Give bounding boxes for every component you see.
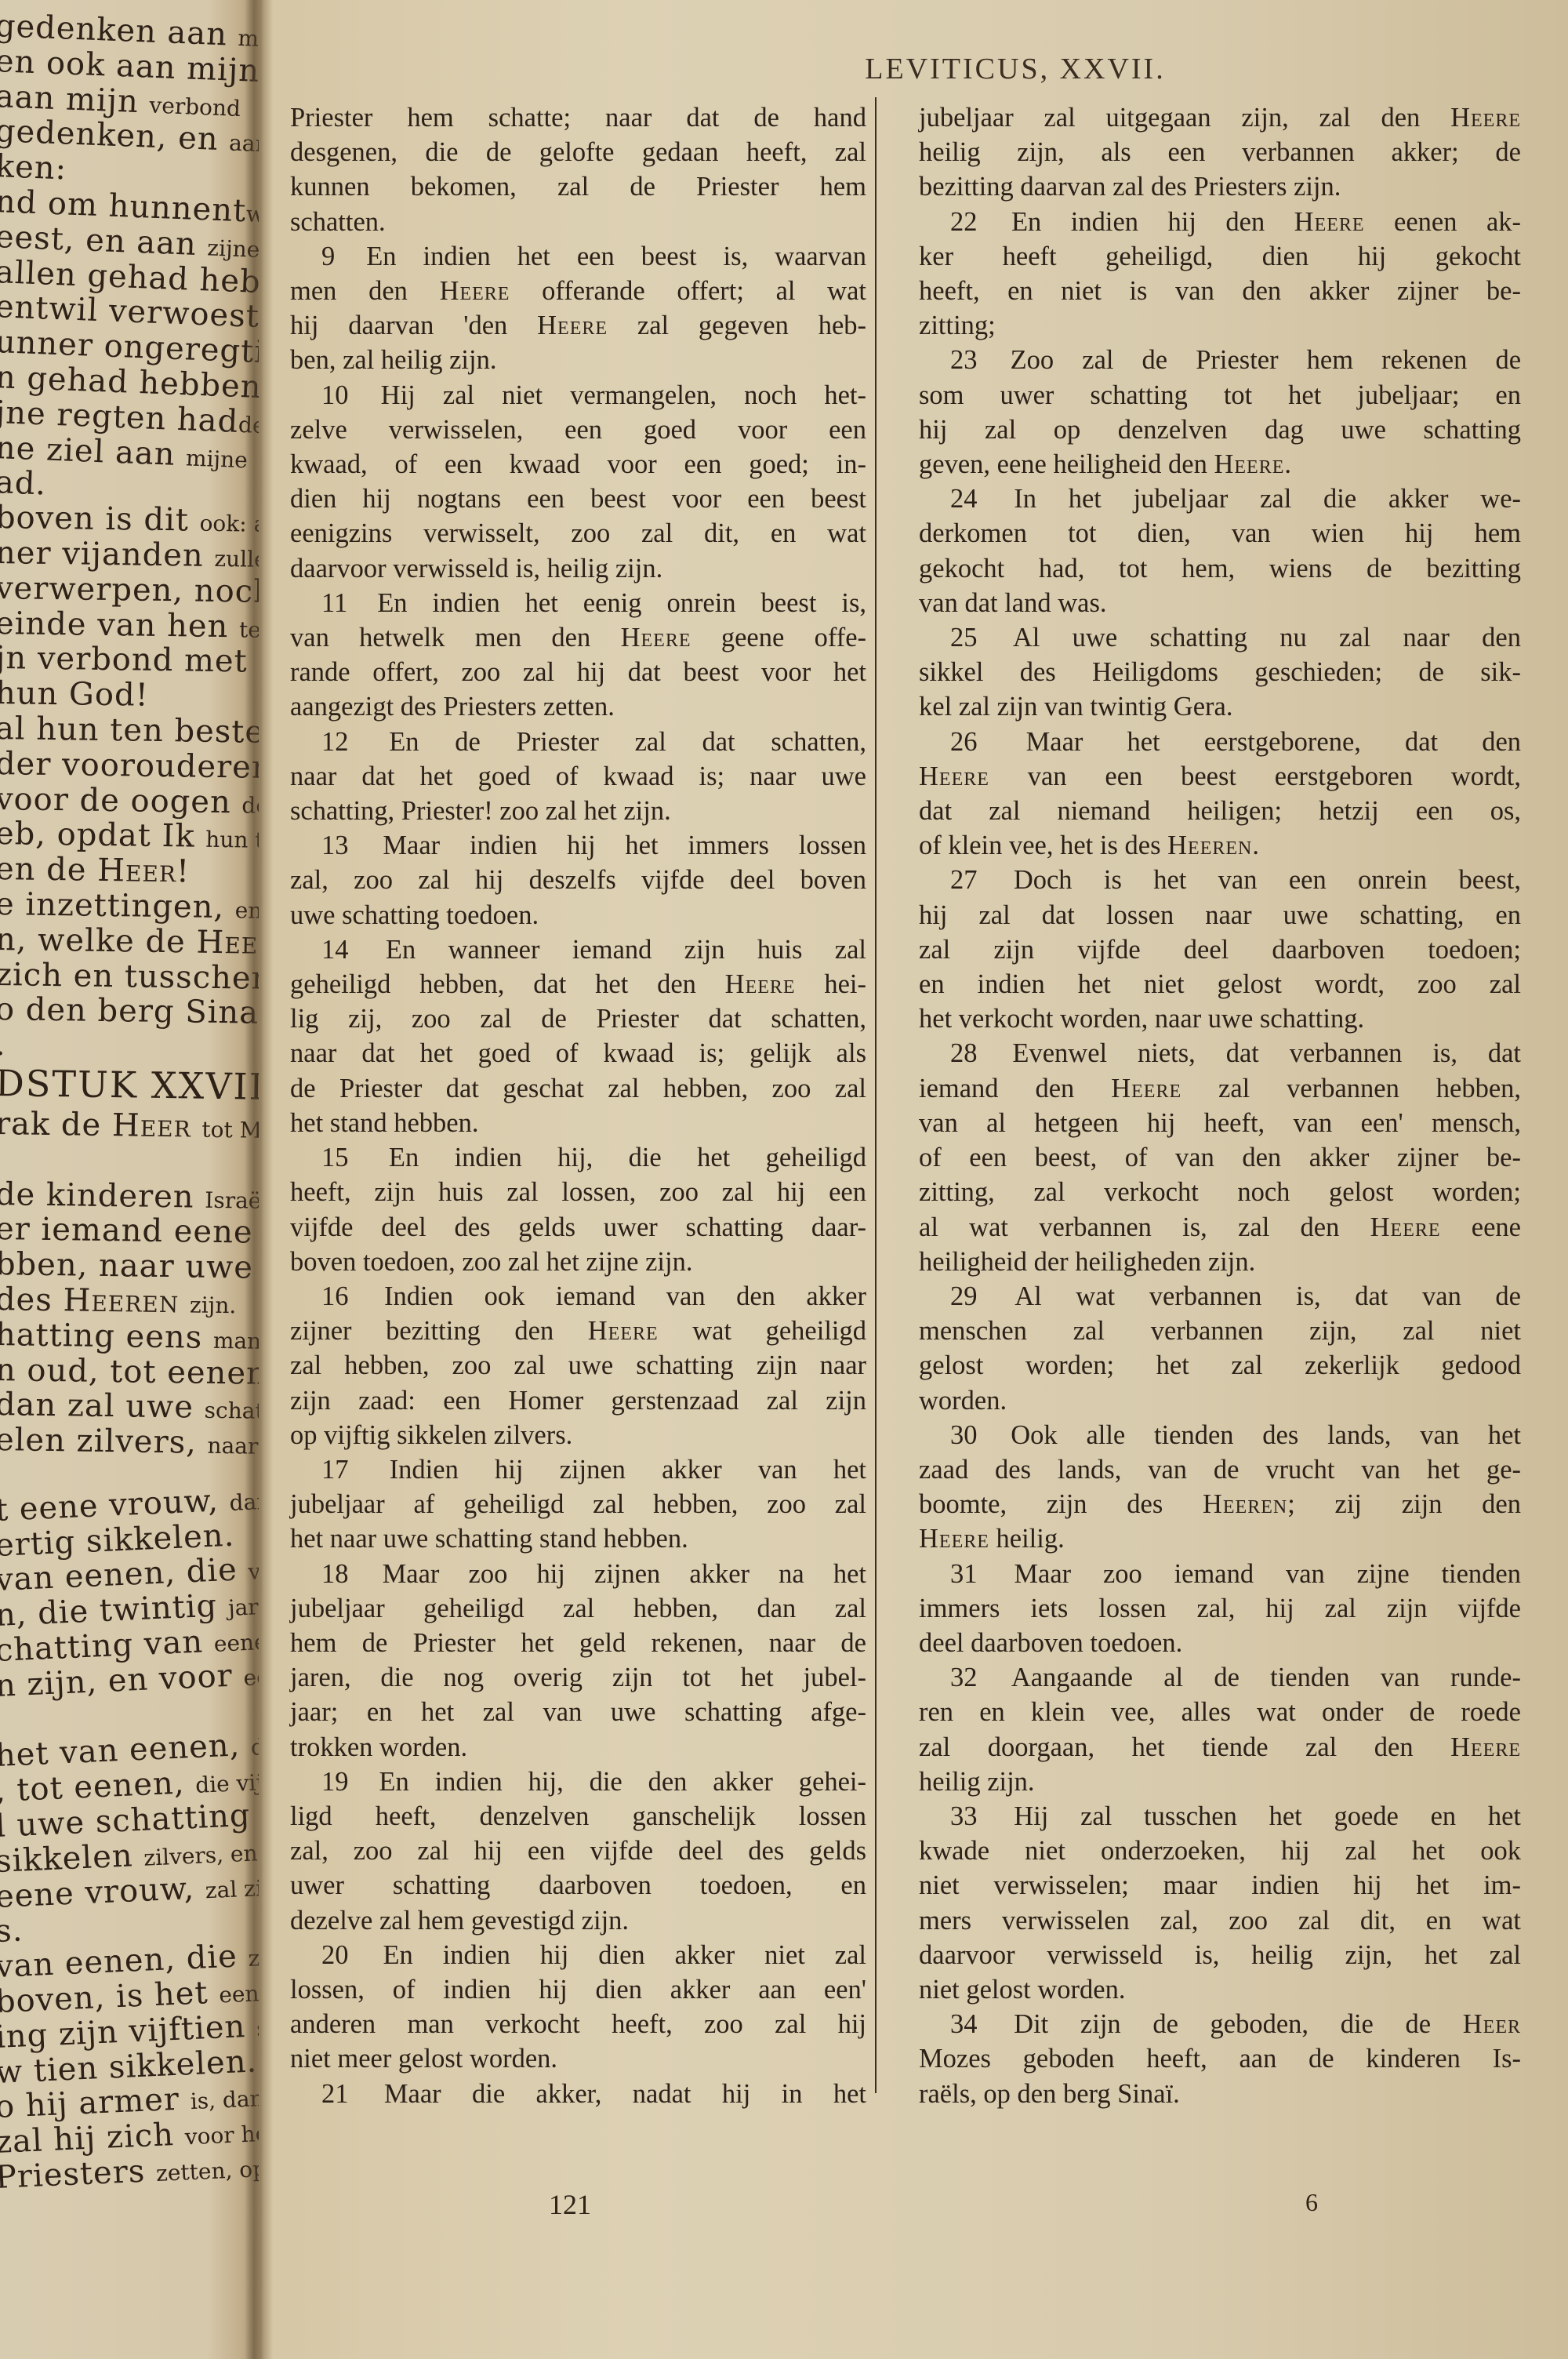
divine-name-smallcaps: Heeren bbox=[1167, 831, 1252, 860]
text-line: 22 En indien hij den Heere eenen ak- bbox=[887, 205, 1521, 239]
text-line: trokken worden. bbox=[259, 1730, 866, 1765]
text-line: 21 Maar die akker, nadat hij in het bbox=[259, 2077, 866, 2111]
book-spread: gedenken aan mijnen ook aan mijn ver aan… bbox=[0, 0, 1568, 2359]
verse-29: 29 Al wat verbannen is, dat van demensch… bbox=[887, 1279, 1521, 1418]
verse-10: 10 Hij zal niet vermangelen, noch het-ze… bbox=[259, 378, 866, 586]
verse-number: 31 bbox=[950, 1559, 978, 1589]
text-line: bezitting daarvan zal des Priesters zijn… bbox=[887, 169, 1521, 204]
text-line: 25 Al uwe schatting nu zal naar den bbox=[887, 620, 1521, 655]
text-line: jubeljaar zal uitgegaan zijn, zal den He… bbox=[887, 100, 1521, 135]
text-line: 16 Indien ook iemand van den akker bbox=[259, 1279, 866, 1314]
text-line: al wat verbannen is, zal den Heere eene bbox=[887, 1210, 1521, 1245]
text-line: het stand hebben. bbox=[259, 1106, 866, 1140]
text-line: naar dat het goed of kwaad is; naar uwe bbox=[259, 759, 866, 794]
text-line: zitting, zal verkocht noch gelost worden… bbox=[887, 1175, 1521, 1209]
text-line: jubeljaar geheiligd zal hebben, dan zal bbox=[259, 1591, 866, 1626]
text-line: boven toedoen, zoo zal het zijne zijn. bbox=[259, 1245, 866, 1279]
verse-number: 18 bbox=[321, 1559, 349, 1589]
text-line: ker heeft geheiligd, dien hij gekocht bbox=[887, 239, 1521, 274]
text-line: daarvoor verwisseld is, heilig zijn, het… bbox=[887, 1938, 1521, 1972]
text-line: 11 En indien het eenig onrein beest is, bbox=[259, 586, 866, 620]
facing-page-line: n oud, tot eenen, die bbox=[0, 1352, 259, 1393]
text-line: geven, eene heiligheid den Heere. bbox=[887, 447, 1521, 482]
verse-14: 14 En wanneer iemand zijn huis zalgeheil… bbox=[259, 932, 866, 1140]
text-line: 24 In het jubeljaar zal die akker we- bbox=[887, 482, 1521, 516]
facing-page-line: eb, opdat Ik hun to bbox=[0, 816, 259, 856]
facing-page-line: ken: bbox=[0, 148, 67, 187]
verse-26: 26 Maar het eerstgeborene, dat denHeere … bbox=[887, 725, 1521, 863]
verse-number: 32 bbox=[950, 1663, 978, 1692]
text-line: hij zal dat lossen naar uwe schatting, e… bbox=[887, 898, 1521, 932]
verse-number: 34 bbox=[950, 2009, 978, 2039]
text-line: ligd heeft, denzelven ganschelijk lossen bbox=[259, 1799, 866, 1834]
text-line: 29 Al wat verbannen is, dat van de bbox=[887, 1279, 1521, 1314]
verse-continuation: jubeljaar zal uitgegaan zijn, zal den He… bbox=[887, 100, 1521, 205]
text-line: Heere heilig. bbox=[887, 1521, 1521, 1556]
divine-name-smallcaps: Heeren bbox=[63, 1282, 179, 1320]
text-line: zijn zaad: een Homer gerstenzaad zal zij… bbox=[259, 1383, 866, 1418]
verse-number: 23 bbox=[950, 345, 978, 375]
verse-number: 22 bbox=[950, 207, 978, 237]
text-line: het naar uwe schatting stand hebben. bbox=[259, 1521, 866, 1556]
text-line: sikkel des Heiligdoms geschieden; de sik… bbox=[887, 655, 1521, 689]
verse-number: 33 bbox=[950, 1801, 978, 1831]
text-line: gelost worden; het zal zekerlijk gedood bbox=[887, 1348, 1521, 1383]
divine-name-smallcaps: Heere bbox=[621, 623, 691, 652]
text-line: eenigzins verwisselt, zoo zal dit, en wa… bbox=[259, 516, 866, 551]
facing-page-line: zich en tusschen de bbox=[0, 957, 259, 998]
text-line: het verkocht worden, naar uwe schatting. bbox=[887, 1001, 1521, 1036]
facing-page-line: hatting eens mans za bbox=[0, 1317, 259, 1357]
verse-17: 17 Indien hij zijnen akker van hetjubelj… bbox=[259, 1452, 866, 1557]
text-line: uwe schatting toedoen. bbox=[259, 898, 866, 932]
divine-name-smallcaps: Heere bbox=[1450, 103, 1521, 133]
verse-13: 13 Maar indien hij het immers lossenzal,… bbox=[259, 828, 866, 932]
text-line: boomte, zijn des Heeren; zij zijn den bbox=[887, 1487, 1521, 1521]
text-line: kunnen bekomen, zal de Priester hem bbox=[259, 169, 866, 204]
divine-name-smallcaps: Heeren bbox=[1203, 1489, 1287, 1519]
verse-number: 21 bbox=[321, 2079, 349, 2109]
facing-page-line: boven is dit ook: al bbox=[0, 500, 259, 540]
verse-number: 30 bbox=[950, 1420, 978, 1450]
text-line: hij daarvan 'den Heere zal gegeven heb- bbox=[259, 308, 866, 343]
facing-page-line: e inzettingen, en die bbox=[0, 886, 259, 926]
text-line: lig zij, zoo zal de Priester dat schatte… bbox=[259, 1001, 866, 1036]
text-line: heeft, zijn huis zal lossen, zoo zal hij… bbox=[259, 1175, 866, 1209]
text-line: heiligheid der heiligheden zijn. bbox=[887, 1245, 1521, 1279]
text-line: Priester hem schatte; naar dat de hand bbox=[259, 100, 866, 135]
text-line: men den Heere offerande offert; al wat bbox=[259, 274, 866, 308]
text-line: 34 Dit zijn de geboden, die de Heer bbox=[887, 2007, 1521, 2041]
text-line: niet gelost worden. bbox=[887, 1972, 1521, 2007]
verse-number: 10 bbox=[321, 380, 349, 410]
text-line: niet meer gelost worden. bbox=[259, 2041, 866, 2076]
text-line: aangezigt des Priesters zetten. bbox=[259, 689, 866, 724]
text-line: zijner bezitting den Heere wat geheiligd bbox=[259, 1314, 866, 1348]
text-line: Mozes geboden heeft, aan de kinderen Is- bbox=[887, 2041, 1521, 2076]
text-line: en indien het niet gelost wordt, zoo zal bbox=[887, 967, 1521, 1001]
page-number: 121 bbox=[549, 2188, 591, 2221]
verse-25: 25 Al uwe schatting nu zal naar densikke… bbox=[887, 620, 1521, 725]
text-line: uwer schatting daarboven toedoen, en bbox=[259, 1868, 866, 1903]
verse-15: 15 En indien hij, die het geheiligdheeft… bbox=[259, 1140, 866, 1279]
facing-page-line: de kinderen Israëls, e bbox=[0, 1176, 259, 1217]
text-line: zelve verwisselen, een goed voor een bbox=[259, 413, 866, 447]
text-line: desgenen, die de gelofte gedaan heeft, z… bbox=[259, 135, 866, 169]
text-line: iemand den Heere zal verbannen hebben, bbox=[887, 1071, 1521, 1106]
text-line: 10 Hij zal niet vermangelen, noch het- bbox=[259, 378, 866, 413]
facing-page-line: der voorouderen, di bbox=[0, 746, 259, 787]
text-line: 19 En indien hij, die den akker gehei- bbox=[259, 1765, 866, 1799]
text-line: jaar; en het zal van uwe schatting afge- bbox=[259, 1695, 866, 1729]
divine-name-smallcaps: Heer bbox=[112, 1107, 191, 1144]
text-line: Heere van een beest eerstgeboren wordt, bbox=[887, 759, 1521, 794]
divine-name-smallcaps: Heere bbox=[725, 969, 796, 999]
text-line: 14 En wanneer iemand zijn huis zal bbox=[259, 932, 866, 967]
verse-32: 32 Aangaande al de tienden van runde-ren… bbox=[887, 1660, 1521, 1799]
text-line: jaren, die nog overig zijn tot het jubel… bbox=[259, 1660, 866, 1695]
verse-number: 19 bbox=[321, 1767, 349, 1797]
text-line: of klein vee, het is des Heeren. bbox=[887, 828, 1521, 863]
verse-number: 14 bbox=[321, 935, 349, 965]
text-line: 28 Evenwel niets, dat verbannen is, dat bbox=[887, 1036, 1521, 1070]
text-line: niet verwisselen; maar indien hij het im… bbox=[887, 1868, 1521, 1903]
divine-name-smallcaps: Heere bbox=[1214, 449, 1284, 479]
divine-name-smallcaps: Heere bbox=[1111, 1074, 1181, 1103]
text-line: ben, zal heilig zijn. bbox=[259, 343, 866, 377]
divine-name-smallcaps: Heere bbox=[1450, 1732, 1521, 1762]
facing-page-line: ner vijanden zullen bbox=[0, 535, 259, 575]
facing-page-line: hun God! bbox=[0, 675, 149, 714]
text-line: som uwer schatting tot het jubeljaar; en bbox=[887, 378, 1521, 413]
divine-name-smallcaps: Heere bbox=[1370, 1212, 1441, 1242]
text-line: zal hebben, zoo zal uwe schatting zijn n… bbox=[259, 1348, 866, 1383]
text-line: kel zal zijn van twintig Gera. bbox=[887, 689, 1521, 724]
text-line: gekocht had, tot hem, wiens de bezitting bbox=[887, 551, 1521, 586]
verse-23: 23 Zoo zal de Priester hem rekenen desom… bbox=[887, 343, 1521, 482]
text-line: derkomen tot dien, van wien hij hem bbox=[887, 516, 1521, 551]
text-line: van dat land was. bbox=[887, 586, 1521, 620]
facing-page-line: rak de Heer tot M bbox=[0, 1106, 259, 1146]
verse-number: 17 bbox=[321, 1455, 349, 1485]
verse-11: 11 En indien het eenig onrein beest is,v… bbox=[259, 586, 866, 725]
facing-page-line: en de Heer! bbox=[0, 851, 190, 889]
text-line: kwade niet onderzoeken, hij zal het ook bbox=[887, 1834, 1521, 1868]
text-line: mers verwisselen zal, zoo zal dit, en wa… bbox=[887, 1903, 1521, 1938]
verse-continuation: Priester hem schatte; naar dat de handde… bbox=[259, 100, 866, 239]
divine-name-smallcaps: Heere bbox=[1294, 207, 1365, 237]
verse-21: 21 Maar die akker, nadat hij in het bbox=[259, 2077, 866, 2111]
verse-16: 16 Indien ook iemand van den akkerzijner… bbox=[259, 1279, 866, 1452]
verse-number: 12 bbox=[321, 727, 349, 757]
text-line: dezelve zal hem gevestigd zijn. bbox=[259, 1903, 866, 1938]
column-divider bbox=[875, 97, 877, 2093]
text-line: dien hij nogtans een beest voor een bees… bbox=[259, 482, 866, 516]
text-line: menschen zal verbannen zijn, zal niet bbox=[887, 1314, 1521, 1348]
verse-31: 31 Maar zoo iemand van zijne tiendenimme… bbox=[887, 1557, 1521, 1661]
verse-28: 28 Evenwel niets, dat verbannen is, dati… bbox=[887, 1036, 1521, 1278]
text-line: raëls, op den berg Sinaï. bbox=[887, 2077, 1521, 2111]
text-line: of een beest, of van den akker zijner be… bbox=[887, 1140, 1521, 1175]
text-line: 18 Maar zoo hij zijnen akker na het bbox=[259, 1557, 866, 1591]
text-line: heilig zijn. bbox=[887, 1765, 1521, 1799]
facing-page-line: al hun ten beste geda bbox=[0, 711, 259, 751]
text-line: heeft, en niet is van den akker zijner b… bbox=[887, 274, 1521, 308]
facing-page-line: voor de oogen der H bbox=[0, 781, 259, 822]
verse-9: 9 En indien het een beest is, waarvanmen… bbox=[259, 239, 866, 378]
text-line: geheiligd hebben, dat het den Heere hei- bbox=[259, 967, 866, 1001]
verse-number: 28 bbox=[950, 1038, 978, 1068]
verse-27: 27 Doch is het van een onrein beest,hij … bbox=[887, 863, 1521, 1036]
text-line: 20 En indien hij dien akker niet zal bbox=[259, 1938, 866, 1972]
facing-page-line: ad. bbox=[0, 464, 47, 502]
text-line: zal, zoo zal hij een vijfde deel des gel… bbox=[259, 1834, 866, 1868]
text-line: deel daarboven toedoen. bbox=[887, 1626, 1521, 1660]
text-line: hij zal op denzelven dag uwe schatting bbox=[887, 413, 1521, 447]
facing-page-line: er iemand eene gelofte bbox=[0, 1211, 259, 1252]
facing-page-line: s. bbox=[0, 1913, 24, 1950]
text-line: 26 Maar het eerstgeborene, dat den bbox=[887, 725, 1521, 759]
verse-number: 20 bbox=[321, 1940, 349, 1970]
verse-number: 25 bbox=[950, 623, 978, 652]
facing-page-line: . bbox=[0, 1027, 6, 1063]
text-line: 9 En indien het een beest is, waarvan bbox=[259, 239, 866, 274]
facing-page-line: elen zilvers, naar den bbox=[0, 1422, 259, 1463]
text-line: 33 Hij zal tusschen het goede en het bbox=[887, 1799, 1521, 1834]
text-line: rande offert, zoo zal hij dat beest voor… bbox=[259, 655, 866, 689]
verse-18: 18 Maar zoo hij zijnen akker na hetjubel… bbox=[259, 1557, 866, 1765]
text-line: zal doorgaan, het tiende zal den Heere bbox=[887, 1730, 1521, 1765]
verse-12: 12 En de Priester zal dat schatten,naar … bbox=[259, 725, 866, 829]
text-line: kwaad, of een kwaad voor een goed; in- bbox=[259, 447, 866, 482]
verse-number: 29 bbox=[950, 1281, 978, 1311]
running-head: LEVITICUS, XXVII. bbox=[717, 52, 1313, 86]
text-column-right: jubeljaar zal uitgegaan zijn, zal den He… bbox=[887, 100, 1521, 2111]
text-line: 30 Ook alle tienden des lands, van het bbox=[887, 1418, 1521, 1452]
verse-number: 15 bbox=[321, 1143, 349, 1172]
text-line: jubeljaar af geheiligd zal hebben, zoo z… bbox=[259, 1487, 866, 1521]
text-line: daarvoor verwisseld is, heilig zijn. bbox=[259, 551, 866, 586]
text-line: anderen man verkocht heeft, zoo zal hij bbox=[259, 2007, 866, 2041]
text-line: immers iets lossen zal, hij zal zijn vij… bbox=[887, 1591, 1521, 1626]
text-line: 13 Maar indien hij het immers lossen bbox=[259, 828, 866, 863]
facing-page-line: des Heeren zijn. bbox=[0, 1281, 237, 1321]
verse-33: 33 Hij zal tusschen het goede en hetkwad… bbox=[887, 1799, 1521, 2007]
facing-page-line: o den berg Sinaï, do bbox=[0, 991, 259, 1032]
text-line: op vijftig sikkelen zilvers. bbox=[259, 1418, 866, 1452]
verse-number: 9 bbox=[321, 242, 335, 271]
text-line: zaad des lands, van de vrucht van het ge… bbox=[887, 1452, 1521, 1487]
divine-name-smallcaps: Heere bbox=[588, 1316, 659, 1346]
facing-page-line: einde van hen te ma bbox=[0, 605, 259, 645]
text-line: van al hetgeen hij heeft, van een' mensc… bbox=[887, 1106, 1521, 1140]
facing-page-line: jn verbond met hen: bbox=[0, 640, 259, 681]
text-line: zal zijn vijfde deel daarboven toedoen; bbox=[887, 932, 1521, 967]
facing-page-left: gedenken aan mijnen ook aan mijn ver aan… bbox=[0, 0, 259, 2359]
text-line: zal, zoo zal hij deszelfs vijfde deel bo… bbox=[259, 863, 866, 897]
verse-30: 30 Ook alle tienden des lands, van hetza… bbox=[887, 1418, 1521, 1557]
text-line: 27 Doch is het van een onrein beest, bbox=[887, 863, 1521, 897]
verse-number: 11 bbox=[321, 588, 347, 618]
text-line: heilig zijn, als een verbannen akker; de bbox=[887, 135, 1521, 169]
facing-page-line: verwerpen, noch van bbox=[0, 570, 259, 611]
verse-number: 24 bbox=[950, 484, 978, 514]
verse-20: 20 En indien hij dien akker niet zalloss… bbox=[259, 1938, 866, 2077]
facing-page-line: bben, naar uwe scha bbox=[0, 1246, 259, 1287]
text-line: ren en klein vee, alles wat onder de roe… bbox=[887, 1695, 1521, 1729]
text-column-left: Priester hem schatte; naar dat de handde… bbox=[259, 100, 866, 2111]
text-line: van hetwelk men den Heere geene offe- bbox=[259, 620, 866, 655]
verse-number: 13 bbox=[321, 831, 349, 860]
text-line: 32 Aangaande al de tienden van runde- bbox=[887, 1660, 1521, 1695]
page-leviticus-27: LEVITICUS, XXVII. Priester hem schatte; … bbox=[259, 0, 1568, 2359]
facing-page-line: dan zal uwe schatting bbox=[0, 1387, 259, 1427]
text-line: 12 En de Priester zal dat schatten, bbox=[259, 725, 866, 759]
chapter-heading-facing: DSTUK XXVII. bbox=[0, 1062, 259, 1108]
text-line: schatting, Priester! zoo zal het zijn. bbox=[259, 794, 866, 828]
verse-number: 27 bbox=[950, 865, 978, 895]
divine-name-smallcaps: Heere bbox=[537, 311, 608, 340]
text-line: 15 En indien hij, die het geheiligd bbox=[259, 1140, 866, 1175]
text-line: worden. bbox=[887, 1383, 1521, 1418]
text-line: schatten. bbox=[259, 205, 866, 239]
text-line: lossen, of indien hij dien akker aan een… bbox=[259, 1972, 866, 2007]
verse-19: 19 En indien hij, die den akker gehei-li… bbox=[259, 1765, 866, 1938]
verse-number: 26 bbox=[950, 727, 978, 757]
text-line: hem de Priester het geld rekenen, naar d… bbox=[259, 1626, 866, 1660]
divine-name-smallcaps: Heere bbox=[919, 1524, 989, 1554]
divine-name-smallcaps: Heere bbox=[919, 761, 989, 791]
divine-name-smallcaps: Heer bbox=[97, 852, 176, 889]
divine-name-smallcaps: Heer bbox=[1463, 2009, 1521, 2039]
verse-number: 16 bbox=[321, 1281, 349, 1311]
divine-name-smallcaps: Heere bbox=[440, 276, 510, 306]
verse-34: 34 Dit zijn de geboden, die de HeerMozes… bbox=[887, 2007, 1521, 2111]
facing-page-line: n, welke de Heer gege bbox=[0, 921, 259, 962]
text-line: zitting; bbox=[887, 308, 1521, 343]
text-line: 23 Zoo zal de Priester hem rekenen de bbox=[887, 343, 1521, 377]
text-line: vijfde deel des gelds uwer schatting daa… bbox=[259, 1210, 866, 1245]
text-line: 17 Indien hij zijnen akker van het bbox=[259, 1452, 866, 1487]
verse-22: 22 En indien hij den Heere eenen ak-ker … bbox=[887, 205, 1521, 343]
text-line: de Priester dat geschat zal hebben, zoo … bbox=[259, 1071, 866, 1106]
text-line: 31 Maar zoo iemand van zijne tienden bbox=[887, 1557, 1521, 1591]
text-line: naar dat het goed of kwaad is; gelijk al… bbox=[259, 1036, 866, 1070]
text-line: dat zal niemand heiligen; hetzij een os, bbox=[887, 794, 1521, 828]
verse-24: 24 In het jubeljaar zal die akker we-der… bbox=[887, 482, 1521, 620]
signature-mark: 6 bbox=[1305, 2188, 1318, 2217]
